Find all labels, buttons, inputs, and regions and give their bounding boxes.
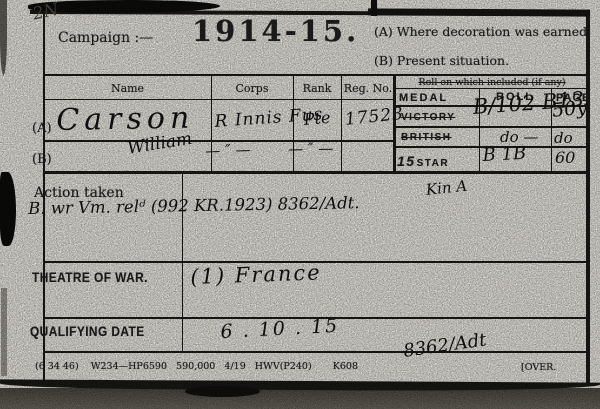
medal-row-british: BRITISH: [401, 132, 452, 143]
scan-artifact-left-strip-2: [1, 288, 7, 376]
qualifying-section-rule: [44, 351, 589, 353]
column-header-name: Name: [44, 82, 211, 95]
column-header-reg-no: Reg. No.: [341, 82, 395, 95]
scan-artifact-top-band: [368, 8, 590, 16]
medal-row-victory: VICTORY: [401, 112, 455, 123]
theatre-of-war-value: (1) France: [190, 260, 322, 289]
table-top-rule: [44, 74, 589, 76]
scan-artifact-left-strip: [0, 0, 7, 75]
scan-artifact-left-blob: [0, 172, 16, 246]
printer-imprint: (6 34 46) W234—HP6590 590,000 4/19 HWV(P…: [35, 361, 358, 372]
qualifying-date-value: 6 . 10 . 15: [220, 315, 340, 343]
star-page-value: 60: [555, 148, 575, 167]
row-b-rank-ditto: — ″ —: [288, 139, 333, 158]
kin-note: Kin A: [425, 177, 468, 199]
note-present-situation: (B) Present situation.: [374, 53, 509, 68]
column-header-medal: MEDAL: [399, 92, 448, 104]
column-header-corps: Corps: [211, 82, 293, 95]
roll-included-header: Roll on which included (if any): [396, 77, 588, 88]
medal-index-card-scan: 2N Campaign :— 1914-15. (A) Where decora…: [0, 0, 600, 409]
star-label: STAR: [417, 158, 449, 169]
theatre-of-war-label: THEATRE OF WAR.: [32, 269, 148, 285]
victory-row-rule: [396, 126, 588, 128]
medal-row-star: 15STAR: [397, 153, 449, 169]
row-a-label: (A): [32, 121, 52, 136]
row-b-rule: [44, 171, 589, 174]
note-where-earned: (A) Where decoration was earned.: [374, 24, 591, 39]
over-label: [OVER.: [521, 362, 556, 373]
hand-reference: 8362/Adt: [402, 329, 488, 361]
row-b-corps-ditto: — ″ —: [205, 140, 251, 160]
row-a-rank: Pte: [303, 108, 331, 129]
scan-artifact-top-tick: [371, 0, 377, 16]
victory-page-value: 50y: [551, 96, 588, 122]
qualifying-date-label: QUALIFYING DATE: [30, 323, 145, 339]
header-row-rule: [44, 99, 395, 100]
british-page-value: do: [554, 129, 573, 147]
star-handwritten-prefix: 15: [397, 153, 416, 169]
scan-artifact-bottom-blob: [185, 386, 260, 397]
star-roll-value: B 1B: [482, 143, 527, 166]
card-right-border: [586, 13, 590, 385]
row-b-label: (B): [32, 152, 52, 167]
column-header-rank: Rank: [293, 82, 341, 95]
scan-artifact-bottom-band: [0, 388, 600, 409]
pencil-mark: 2N: [31, 0, 60, 25]
campaign-label: Campaign :—: [58, 30, 153, 46]
campaign-title: 1914-15.: [192, 14, 359, 48]
